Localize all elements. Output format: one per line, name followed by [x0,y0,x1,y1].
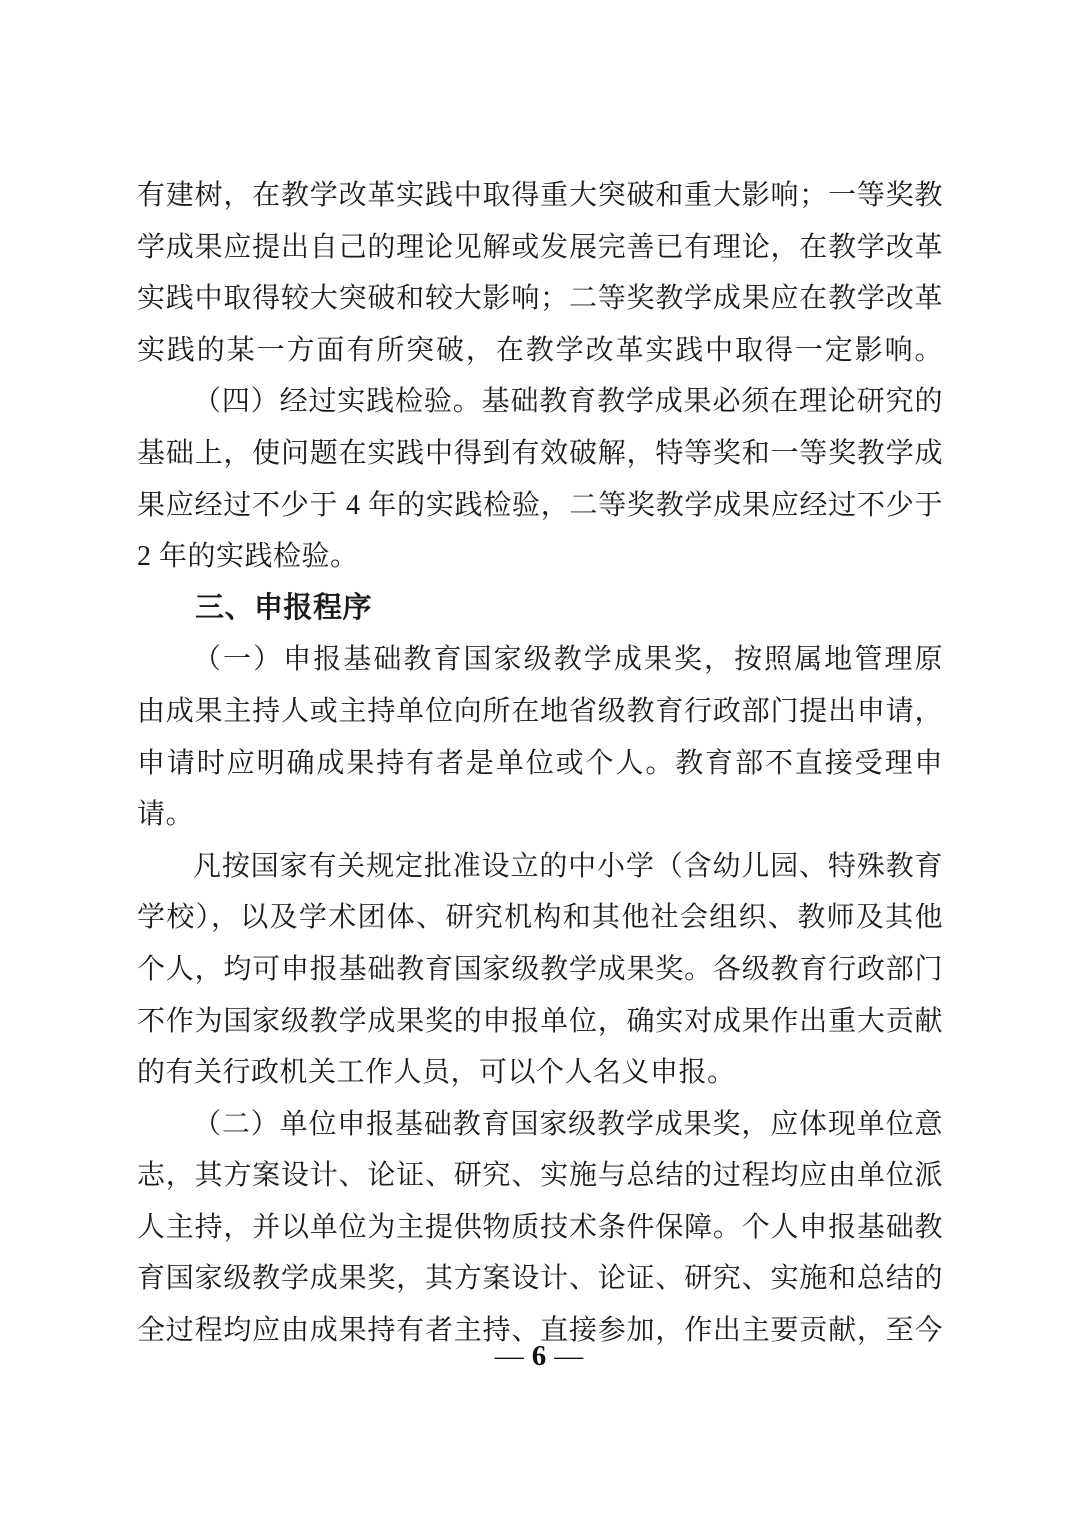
text-line: 不作为国家级教学成果奖的申报单位，确实对成果作出重大贡献 [137,996,943,1048]
text-line: 申请时应明确成果持有者是单位或个人。教育部不直接受理申 [137,738,943,790]
text-line: 育国家级教学成果奖，其方案设计、论证、研究、实施和总结的 [137,1253,943,1305]
text-line: 请。 [137,789,943,841]
document-body: 有建树，在教学改革实践中取得重大突破和重大影响；一等奖教 学成果应提出自己的理论… [137,170,943,1357]
text-line: 学校），以及学术团体、研究机构和其他社会组织、教师及其他 [137,892,943,944]
text-line: 志，其方案设计、论证、研究、实施与总结的过程均应由单位派 [137,1150,943,1202]
text-line: （一）申报基础教育国家级教学成果奖，按照属地管理原则， [137,634,943,686]
text-line: 实践中取得较大突破和较大影响；二等奖教学成果应在教学改革 [137,273,943,325]
footer-dash-right: — [548,1340,591,1372]
footer-dash-left: — [489,1340,532,1372]
page-footer: —6— [0,1340,1080,1373]
text-line: 人主持，并以单位为主提供物质技术条件保障。个人申报基础教 [137,1202,943,1254]
text-line: 学成果应提出自己的理论见解或发展完善已有理论，在教学改革 [137,222,943,274]
text-line: 由成果主持人或主持单位向所在地省级教育行政部门提出申请， [137,686,943,738]
text-line: 实践的某一方面有所突破，在教学改革实践中取得一定影响。 [137,325,943,377]
document-page: 有建树，在教学改革实践中取得重大突破和重大影响；一等奖教 学成果应提出自己的理论… [0,0,1080,1526]
section-heading: 三、申报程序 [137,583,943,635]
text-line: 的有关行政机关工作人员，可以个人名义申报。 [137,1047,943,1099]
text-line: 凡按国家有关规定批准设立的中小学（含幼儿园、特殊教育 [137,841,943,893]
text-line: 个人，均可申报基础教育国家级教学成果奖。各级教育行政部门 [137,944,943,996]
text-line: 有建树，在教学改革实践中取得重大突破和重大影响；一等奖教 [137,170,943,222]
text-line: （四）经过实践检验。基础教育教学成果必须在理论研究的 [137,376,943,428]
text-line: 2 年的实践检验。 [137,531,943,583]
text-line: 基础上，使问题在实践中得到有效破解，特等奖和一等奖教学成 [137,428,943,480]
text-line: 果应经过不少于 4 年的实践检验，二等奖教学成果应经过不少于 [137,480,943,532]
text-line: （二）单位申报基础教育国家级教学成果奖，应体现单位意 [137,1099,943,1151]
page-number: 6 [532,1340,549,1372]
